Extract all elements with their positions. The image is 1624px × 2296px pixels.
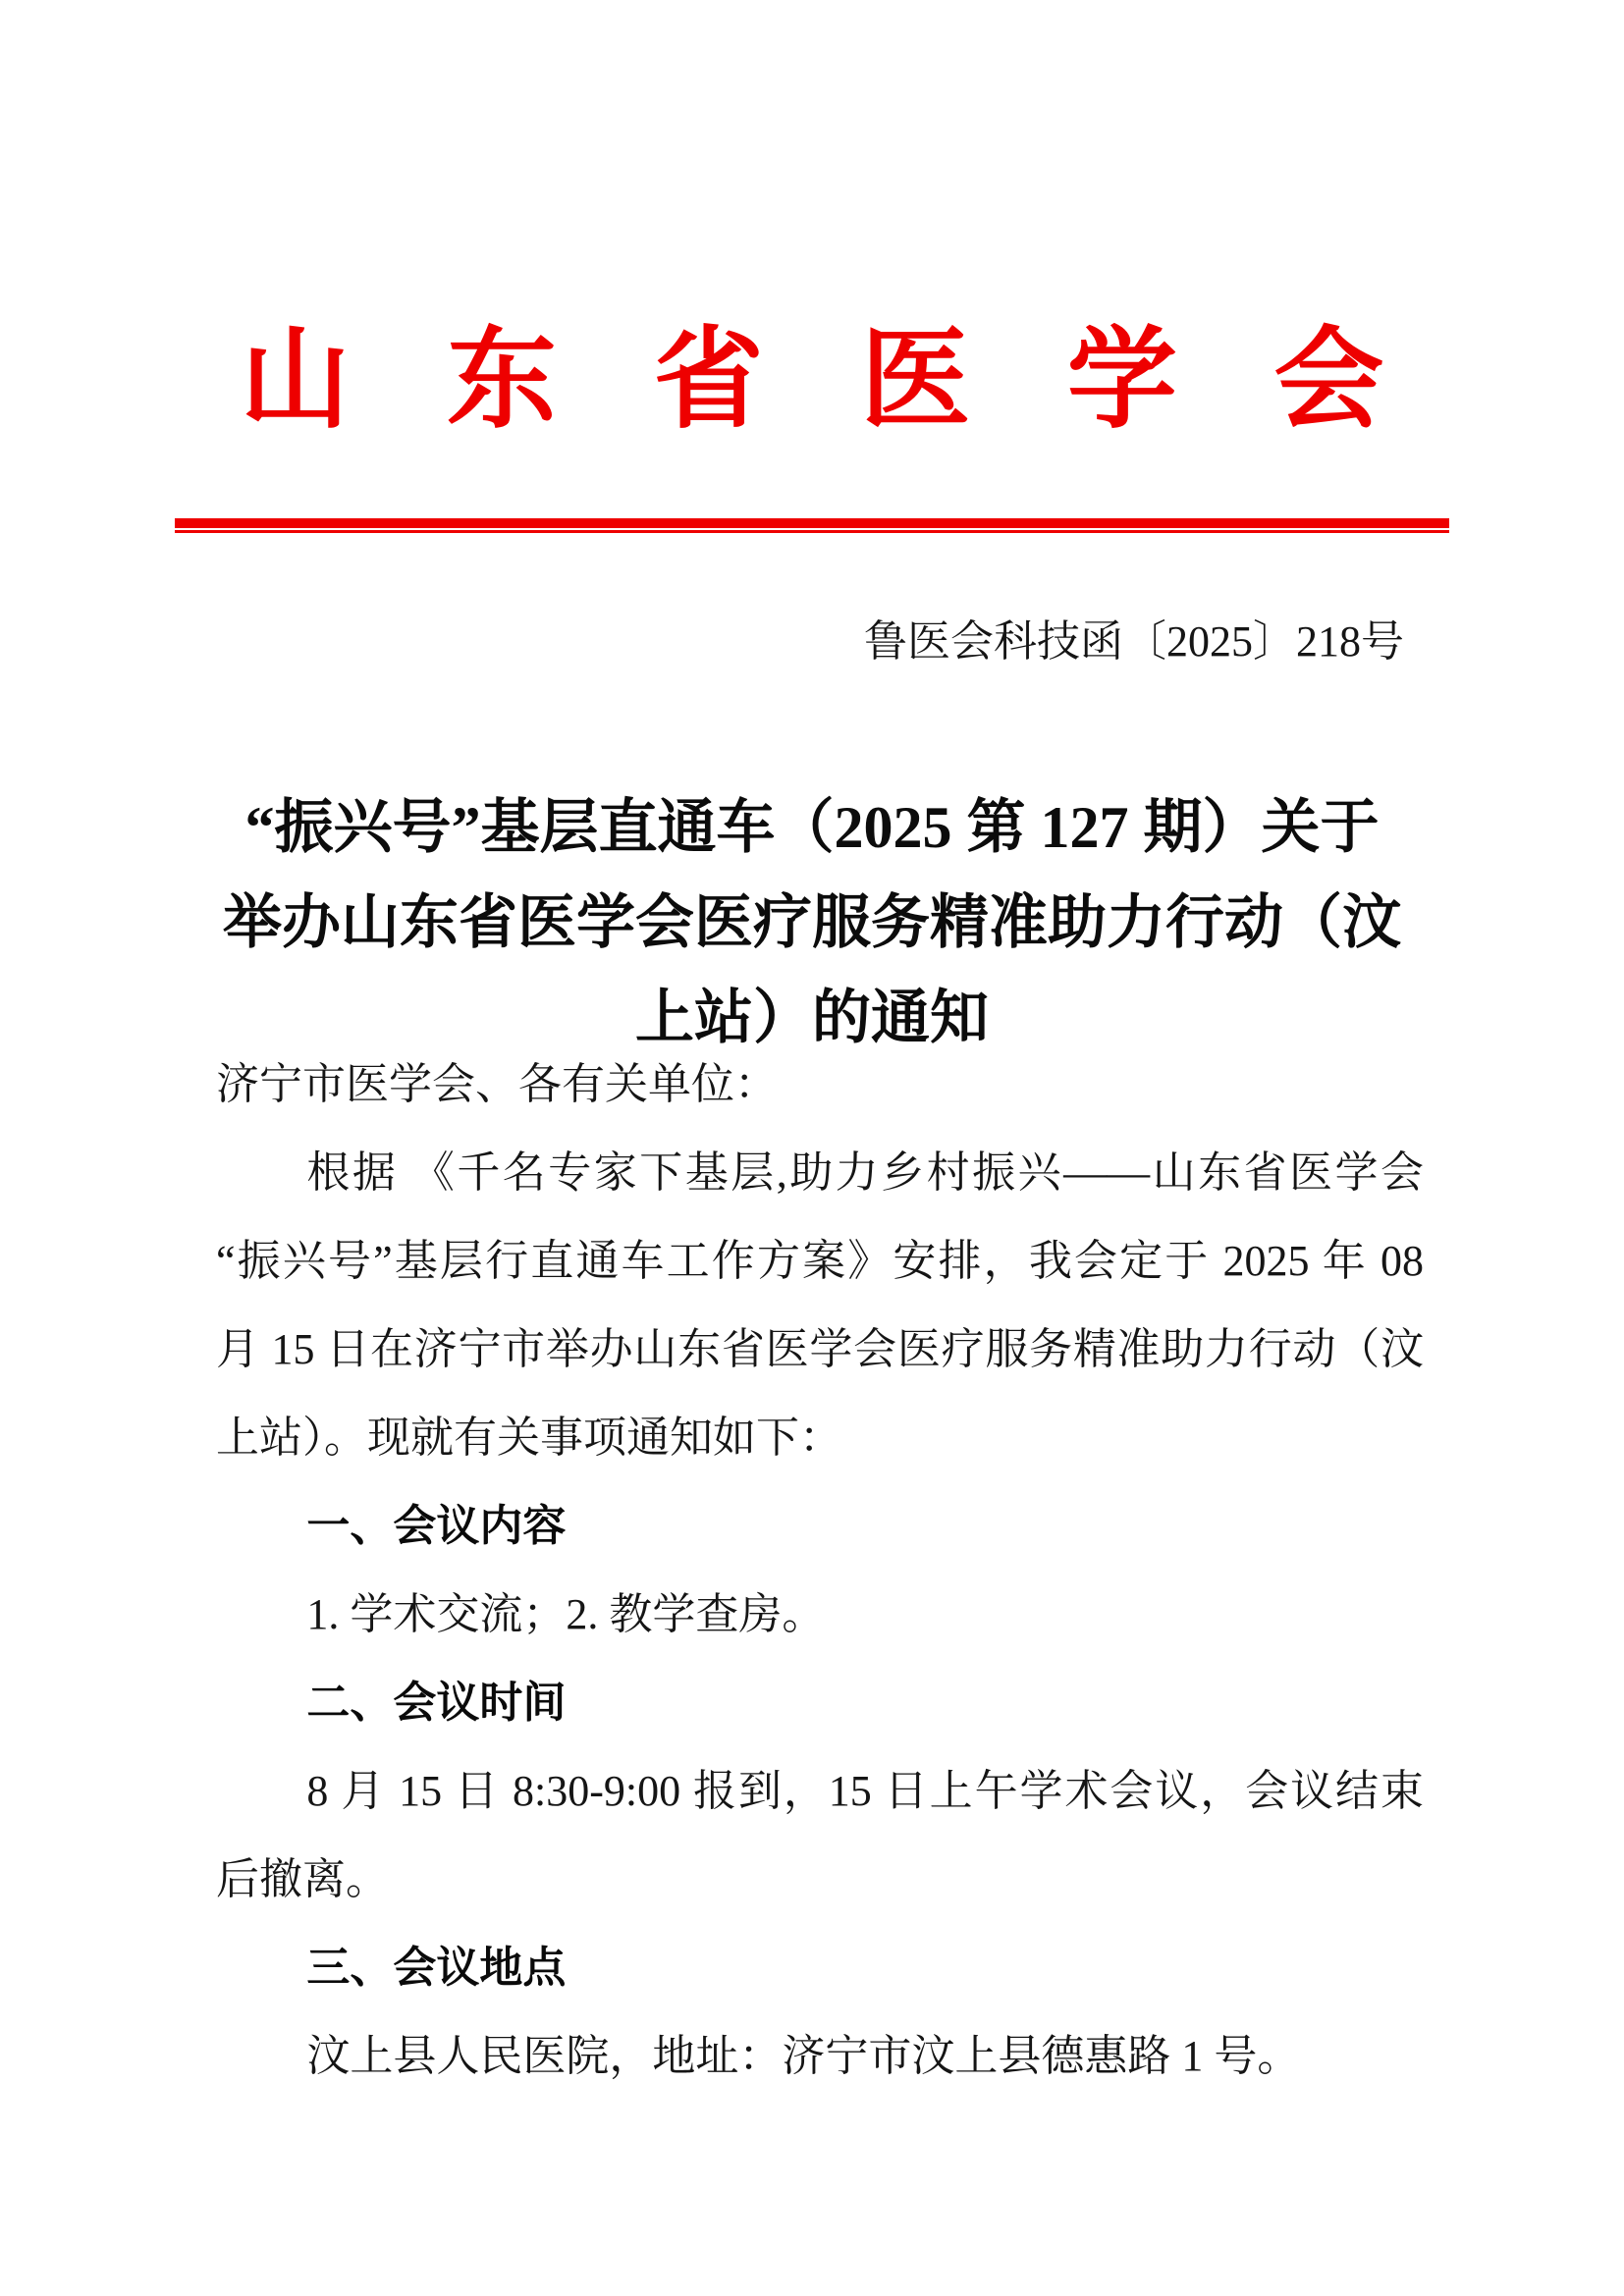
body-line: 月 15 日在济宁市举办山东省医学会医疗服务精准助力行动（汶 bbox=[216, 1306, 1424, 1394]
red-separator-line bbox=[175, 518, 1449, 533]
notice-title-line-1: “振兴号”基层直通车（2025 第 127 期）关于 bbox=[206, 780, 1418, 876]
body-line: 1. 学术交流；2. 教学查房。 bbox=[216, 1571, 1424, 1659]
body-line: 根据 《千名专家下基层,助力乡村振兴——山东省医学会 bbox=[216, 1129, 1424, 1217]
body-line: “振兴号”基层行直通车工作方案》安排，我会定于 2025 年 08 bbox=[216, 1217, 1424, 1306]
section-heading-3: 三、会议地点 bbox=[216, 1924, 1424, 2012]
body-line: 汶上县人民医院，地址：济宁市汶上县德惠路 1 号。 bbox=[216, 2012, 1424, 2101]
section-heading-2: 二、会议时间 bbox=[216, 1659, 1424, 1747]
salutation-line: 济宁市医学会、各有关单位： bbox=[216, 1041, 1424, 1129]
body-line: 上站）。现就有关事项通知如下： bbox=[216, 1394, 1424, 1482]
doc-number: 鲁医会科技函〔2025〕218号 bbox=[216, 611, 1404, 673]
notice-document-page: 山东省医学会 鲁医会科技函〔2025〕218号 “振兴号”基层直通车（2025 … bbox=[0, 0, 1624, 2296]
notice-title-line-2: 举办山东省医学会医疗服务精准助力行动（汶 bbox=[206, 876, 1418, 971]
org-title: 山东省医学会 bbox=[0, 312, 1624, 450]
body-line: 8 月 15 日 8:30-9:00 报到，15 日上午学术会议，会议结束 bbox=[216, 1747, 1424, 1836]
body-line: 后撤离。 bbox=[216, 1836, 1424, 1924]
notice-title: “振兴号”基层直通车（2025 第 127 期）关于 举办山东省医学会医疗服务精… bbox=[206, 780, 1418, 1066]
section-heading-1: 一、会议内容 bbox=[216, 1482, 1424, 1571]
notice-body: 济宁市医学会、各有关单位： 根据 《千名专家下基层,助力乡村振兴——山东省医学会… bbox=[216, 1041, 1424, 2101]
